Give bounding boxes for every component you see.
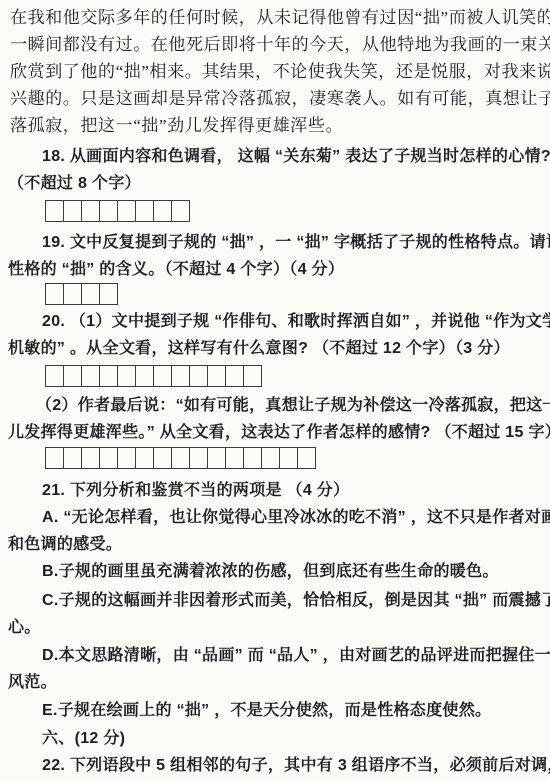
answer-box-cell	[153, 365, 172, 387]
question-20-2-line-2: 儿发挥得更雄浑些。” 从全文看，这表达了作者怎样的感情? （不超过 15 字）（…	[8, 419, 550, 446]
answer-box-cell	[171, 200, 190, 222]
answer-box-cell	[117, 447, 136, 469]
question-21-option-d-line-1: D.本文思路清晰，由 “品画” 而 “品人” ，由对画艺的品评进而把握住一种人格…	[42, 642, 550, 669]
question-19-line-2: 性格的 “拙” 的含义。（不超过 4 个字）（4 分）	[8, 256, 344, 283]
question-21-option-e: E.子规在绘画上的 “拙” ，不是天分使然，而是性格态度使然。	[42, 697, 491, 724]
answer-box-cell	[207, 365, 226, 387]
answer-box-cell	[135, 447, 154, 469]
passage-line-5: 落孤寂，把这一“拙”劲儿发挥得更雄浑些。	[10, 112, 343, 139]
answer-box-cell	[81, 365, 100, 387]
passage-line-2: 一瞬间都没有过。在他死后即将十年的今天，从他特地为我画的一束关东菊中，确实	[10, 31, 550, 58]
passage-line-4: 兴趣的。只是这画却是异常冷落孤寂，凄寒袭人。如有可能，真想让子规为补偿这一冷	[10, 85, 550, 112]
answer-grid-q20-2	[45, 447, 316, 469]
answer-box-cell	[189, 365, 208, 387]
answer-grid-q18	[45, 200, 190, 222]
question-21-option-c-line-1: C.子规的这幅画并非因着形式而美，恰恰相反，倒是因其 “拙” 而震撼了作者的	[42, 587, 550, 614]
answer-box-cell	[45, 365, 64, 387]
question-21-option-d-line-2: 风范。	[8, 669, 57, 696]
answer-box-cell	[45, 447, 64, 469]
question-20-2-line-1: （2）作者最后说：“如有可能，真想让子规为补偿这一冷落孤寂，把这一 ‘拙’ 劲	[36, 392, 550, 419]
answer-box-cell	[135, 200, 154, 222]
answer-box-cell	[135, 365, 154, 387]
question-19-line-1: 19. 文中反复提到子规的 “拙” ，一 “拙” 字概括了子规的性格特点。请说明…	[42, 229, 550, 256]
answer-box-cell	[297, 447, 316, 469]
answer-box-cell	[81, 447, 100, 469]
question-21-option-c-line-2: 心。	[8, 614, 41, 641]
question-20-1-line-1: 20. （1）文中提到子规 “作俳句、和歌时挥洒自如” ，并说他 “作为文学家，…	[42, 308, 550, 335]
question-21-option-a-line-1: A. “无论怎样看，也让你觉得心里冷冰冰的吃不消” ，这不只是作者对画面内容	[42, 504, 550, 531]
scanned-exam-page: 在我和他交际多年的任何时候，从未记得他曾有过因“拙”而被人讥笑的先例。甚至连 一…	[0, 0, 550, 782]
answer-box-cell	[63, 283, 82, 305]
section-six-heading: 六、(12 分)	[42, 725, 125, 752]
answer-box-cell	[243, 365, 262, 387]
answer-box-cell	[99, 283, 118, 305]
answer-box-cell	[63, 447, 82, 469]
answer-box-cell	[189, 447, 208, 469]
answer-box-cell	[225, 365, 244, 387]
question-21-option-a-line-2: 和色调的感受。	[8, 531, 122, 558]
answer-box-cell	[81, 200, 100, 222]
answer-box-cell	[117, 365, 136, 387]
answer-grid-q19	[45, 283, 118, 305]
answer-box-cell	[45, 283, 64, 305]
question-22-line-1: 22. 下列语段中 5 组相邻的句子，其中有 3 组语序不当，必须前后对调，需要…	[42, 752, 550, 779]
answer-box-cell	[279, 447, 298, 469]
answer-grid-q20-1	[45, 365, 262, 387]
answer-box-cell	[117, 200, 136, 222]
answer-box-cell	[261, 447, 280, 469]
answer-box-cell	[45, 200, 64, 222]
answer-box-cell	[171, 447, 190, 469]
answer-box-cell	[243, 447, 262, 469]
answer-box-cell	[81, 283, 100, 305]
question-21-option-b: B.子规的画里虽充满着浓浓的伤感，但到底还有些生命的暖色。	[42, 558, 499, 585]
passage-line-3: 欣赏到了他的“拙”相来。其结果，不论使我失笑，还是悦服，对我来说，都是有极大的	[10, 58, 550, 85]
answer-box-cell	[225, 447, 244, 469]
answer-box-cell	[153, 200, 172, 222]
answer-box-cell	[207, 447, 226, 469]
question-20-1-line-2: 机敏的” 。从全文看，这样写有什么意图? （不超过 12 个字）（3 分）	[8, 335, 510, 362]
answer-box-cell	[99, 200, 118, 222]
answer-box-cell	[63, 365, 82, 387]
passage-line-1: 在我和他交际多年的任何时候，从未记得他曾有过因“拙”而被人讥笑的先例。甚至连	[10, 4, 550, 31]
answer-box-cell	[63, 200, 82, 222]
answer-box-cell	[171, 365, 190, 387]
question-21-stem: 21. 下列分析和鉴赏不当的两项是 （4 分）	[42, 477, 349, 504]
answer-box-cell	[99, 365, 118, 387]
question-18-line-1: 18. 从画面内容和色调看， 这幅 “关东菊” 表达了子规当时怎样的心情?	[42, 143, 550, 170]
answer-box-cell	[99, 447, 118, 469]
question-18-line-2: （不超过 8 个字）	[8, 170, 141, 197]
answer-box-cell	[153, 447, 172, 469]
